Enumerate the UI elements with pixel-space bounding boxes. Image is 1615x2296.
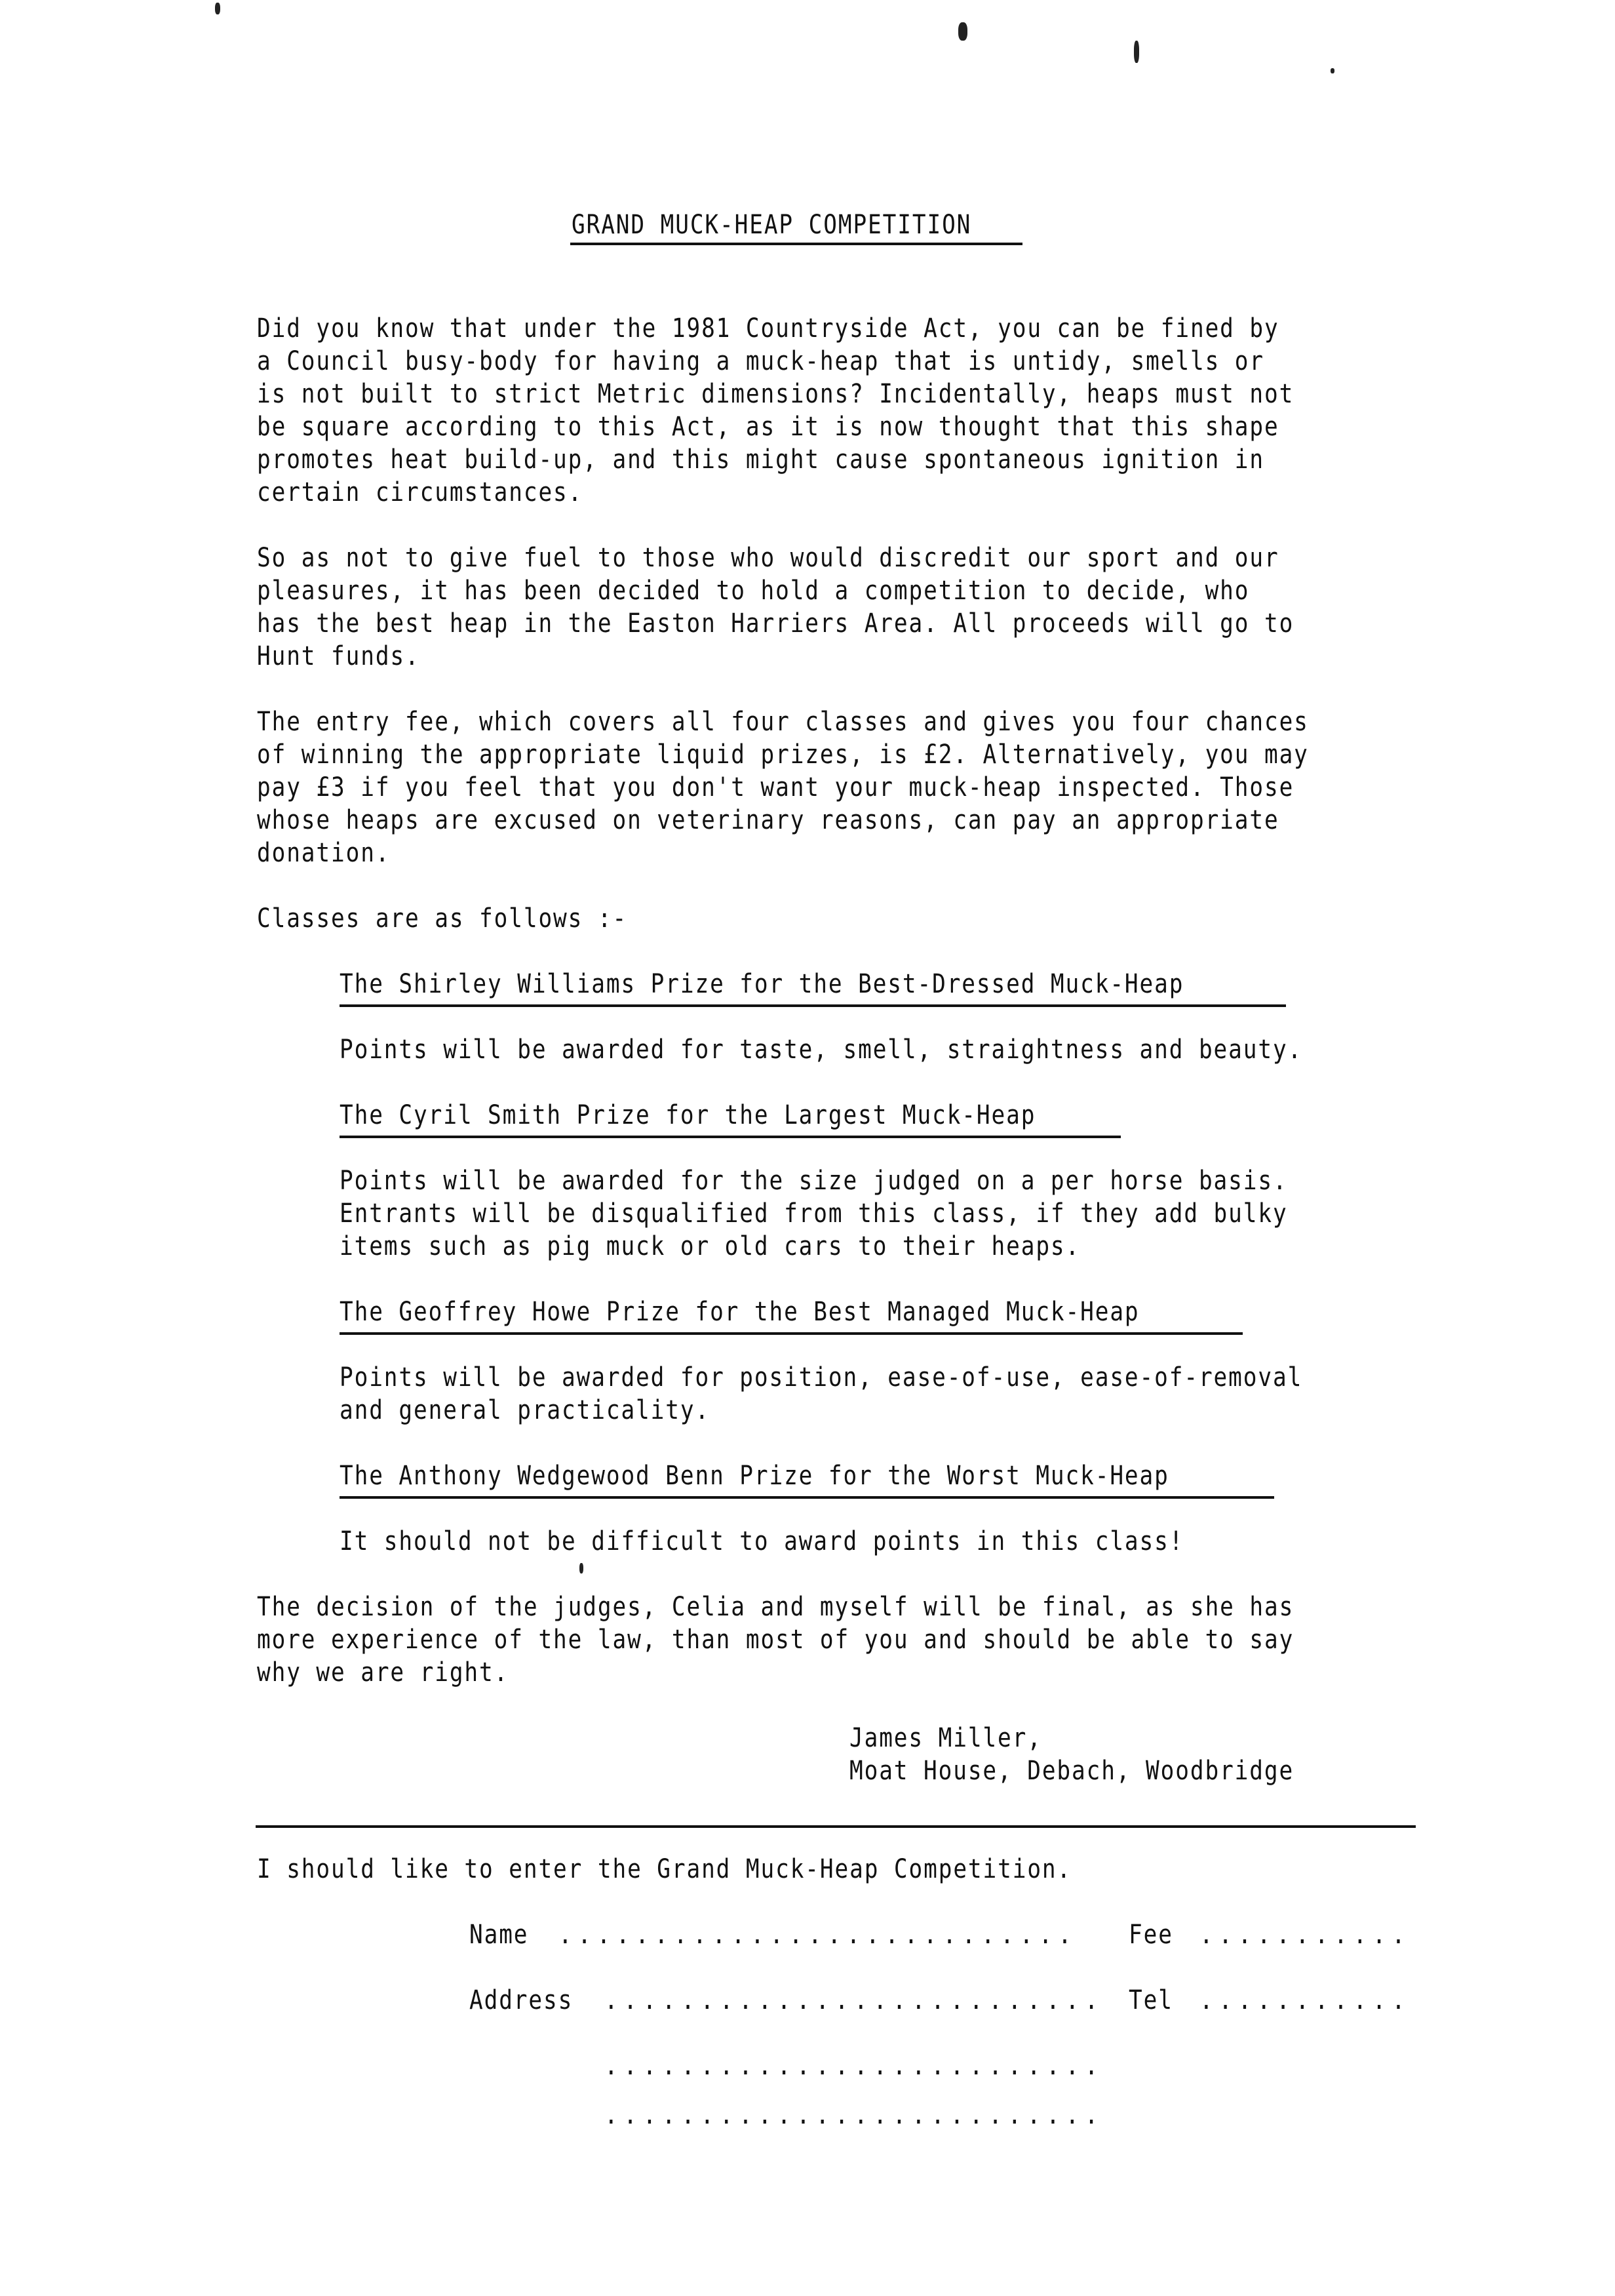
entry-statement: I should like to enter the Grand Muck-He… [257,1853,1072,1886]
title-underline [570,243,1022,245]
tel-field[interactable]: ........... [1199,1984,1411,2017]
closing-line: more experience of the law, than most of… [257,1623,1294,1656]
class-description: Entrants will be disqualified from this … [340,1197,1288,1230]
class-heading-cyril-smith: The Cyril Smith Prize for the Largest Mu… [340,1099,1036,1132]
paragraph-1-line: a Council busy-body for having a muck-he… [257,345,1264,378]
fee-field[interactable]: ........... [1199,1918,1411,1951]
scan-speck [1331,68,1334,73]
class-description: Points will be awarded for position, eas… [340,1361,1302,1394]
paragraph-1-line: is not built to strict Metric dimensions… [257,378,1294,410]
scan-speck [958,22,967,41]
closing-line: The decision of the judges, Celia and my… [257,1591,1294,1623]
paragraph-3-line: The entry fee, which covers all four cla… [257,705,1309,738]
paragraph-3-line: pay £3 if you feel that you don't want y… [257,771,1294,804]
tel-label: Tel [1129,1984,1173,2017]
address-field-line-3[interactable]: .......................... [604,2099,1104,2131]
address-field-line-1[interactable]: .......................... [604,1984,1104,2017]
paragraph-1-line: be square according to this Act, as it i… [257,410,1279,443]
paragraph-3-line: of winning the appropriate liquid prizes… [257,738,1309,771]
paragraph-3-line: donation. [257,837,390,869]
paragraph-2-line: Hunt funds. [257,640,420,673]
scanned-document-page: GRAND MUCK-HEAP COMPETITION Did you know… [0,0,1615,2296]
paragraph-1-line: promotes heat build-up, and this might c… [257,443,1264,476]
scan-speck [579,1563,583,1574]
fee-label: Fee [1129,1918,1173,1951]
signature-address: Moat House, Debach, Woodbridge [849,1754,1294,1787]
paragraph-2-line: pleasures, it has been decided to hold a… [257,574,1249,607]
scan-speck [1134,41,1139,63]
class-description: Points will be awarded for the size judg… [340,1164,1288,1197]
scan-speck [215,3,220,14]
name-label: Name [469,1918,528,1951]
paragraph-2-line: has the best heap in the Easton Harriers… [257,607,1294,640]
closing-line: why we are right. [257,1656,509,1689]
class-heading-underline [340,1332,1243,1335]
class-heading-underline [340,1496,1274,1499]
tear-off-divider [256,1825,1416,1828]
class-heading-underline [340,1136,1121,1138]
paragraph-2-line: So as not to give fuel to those who woul… [257,542,1279,574]
address-field-line-2[interactable]: .......................... [604,2049,1104,2082]
signature-name: James Miller, [849,1722,1042,1754]
class-description: and general practicality. [340,1394,710,1427]
class-heading-underline [340,1004,1286,1007]
address-label: Address [469,1984,573,2017]
paragraph-3-line: whose heaps are excused on veterinary re… [257,804,1279,837]
document-title: GRAND MUCK-HEAP COMPETITION [572,208,971,241]
class-heading-shirley-williams: The Shirley Williams Prize for the Best-… [340,968,1184,1000]
class-description: It should not be difficult to award poin… [340,1525,1184,1558]
name-field[interactable]: ........................... [558,1918,1077,1951]
classes-intro: Classes are as follows :- [257,902,627,935]
paragraph-1-line: Did you know that under the 1981 Country… [257,312,1279,345]
paragraph-1-line: certain circumstances. [257,476,583,509]
class-heading-anthony-wedgewood-benn: The Anthony Wedgewood Benn Prize for the… [340,1459,1169,1492]
class-description: Points will be awarded for taste, smell,… [340,1033,1302,1066]
class-heading-geoffrey-howe: The Geoffrey Howe Prize for the Best Man… [340,1296,1140,1328]
class-description: items such as pig muck or old cars to th… [340,1230,1080,1263]
